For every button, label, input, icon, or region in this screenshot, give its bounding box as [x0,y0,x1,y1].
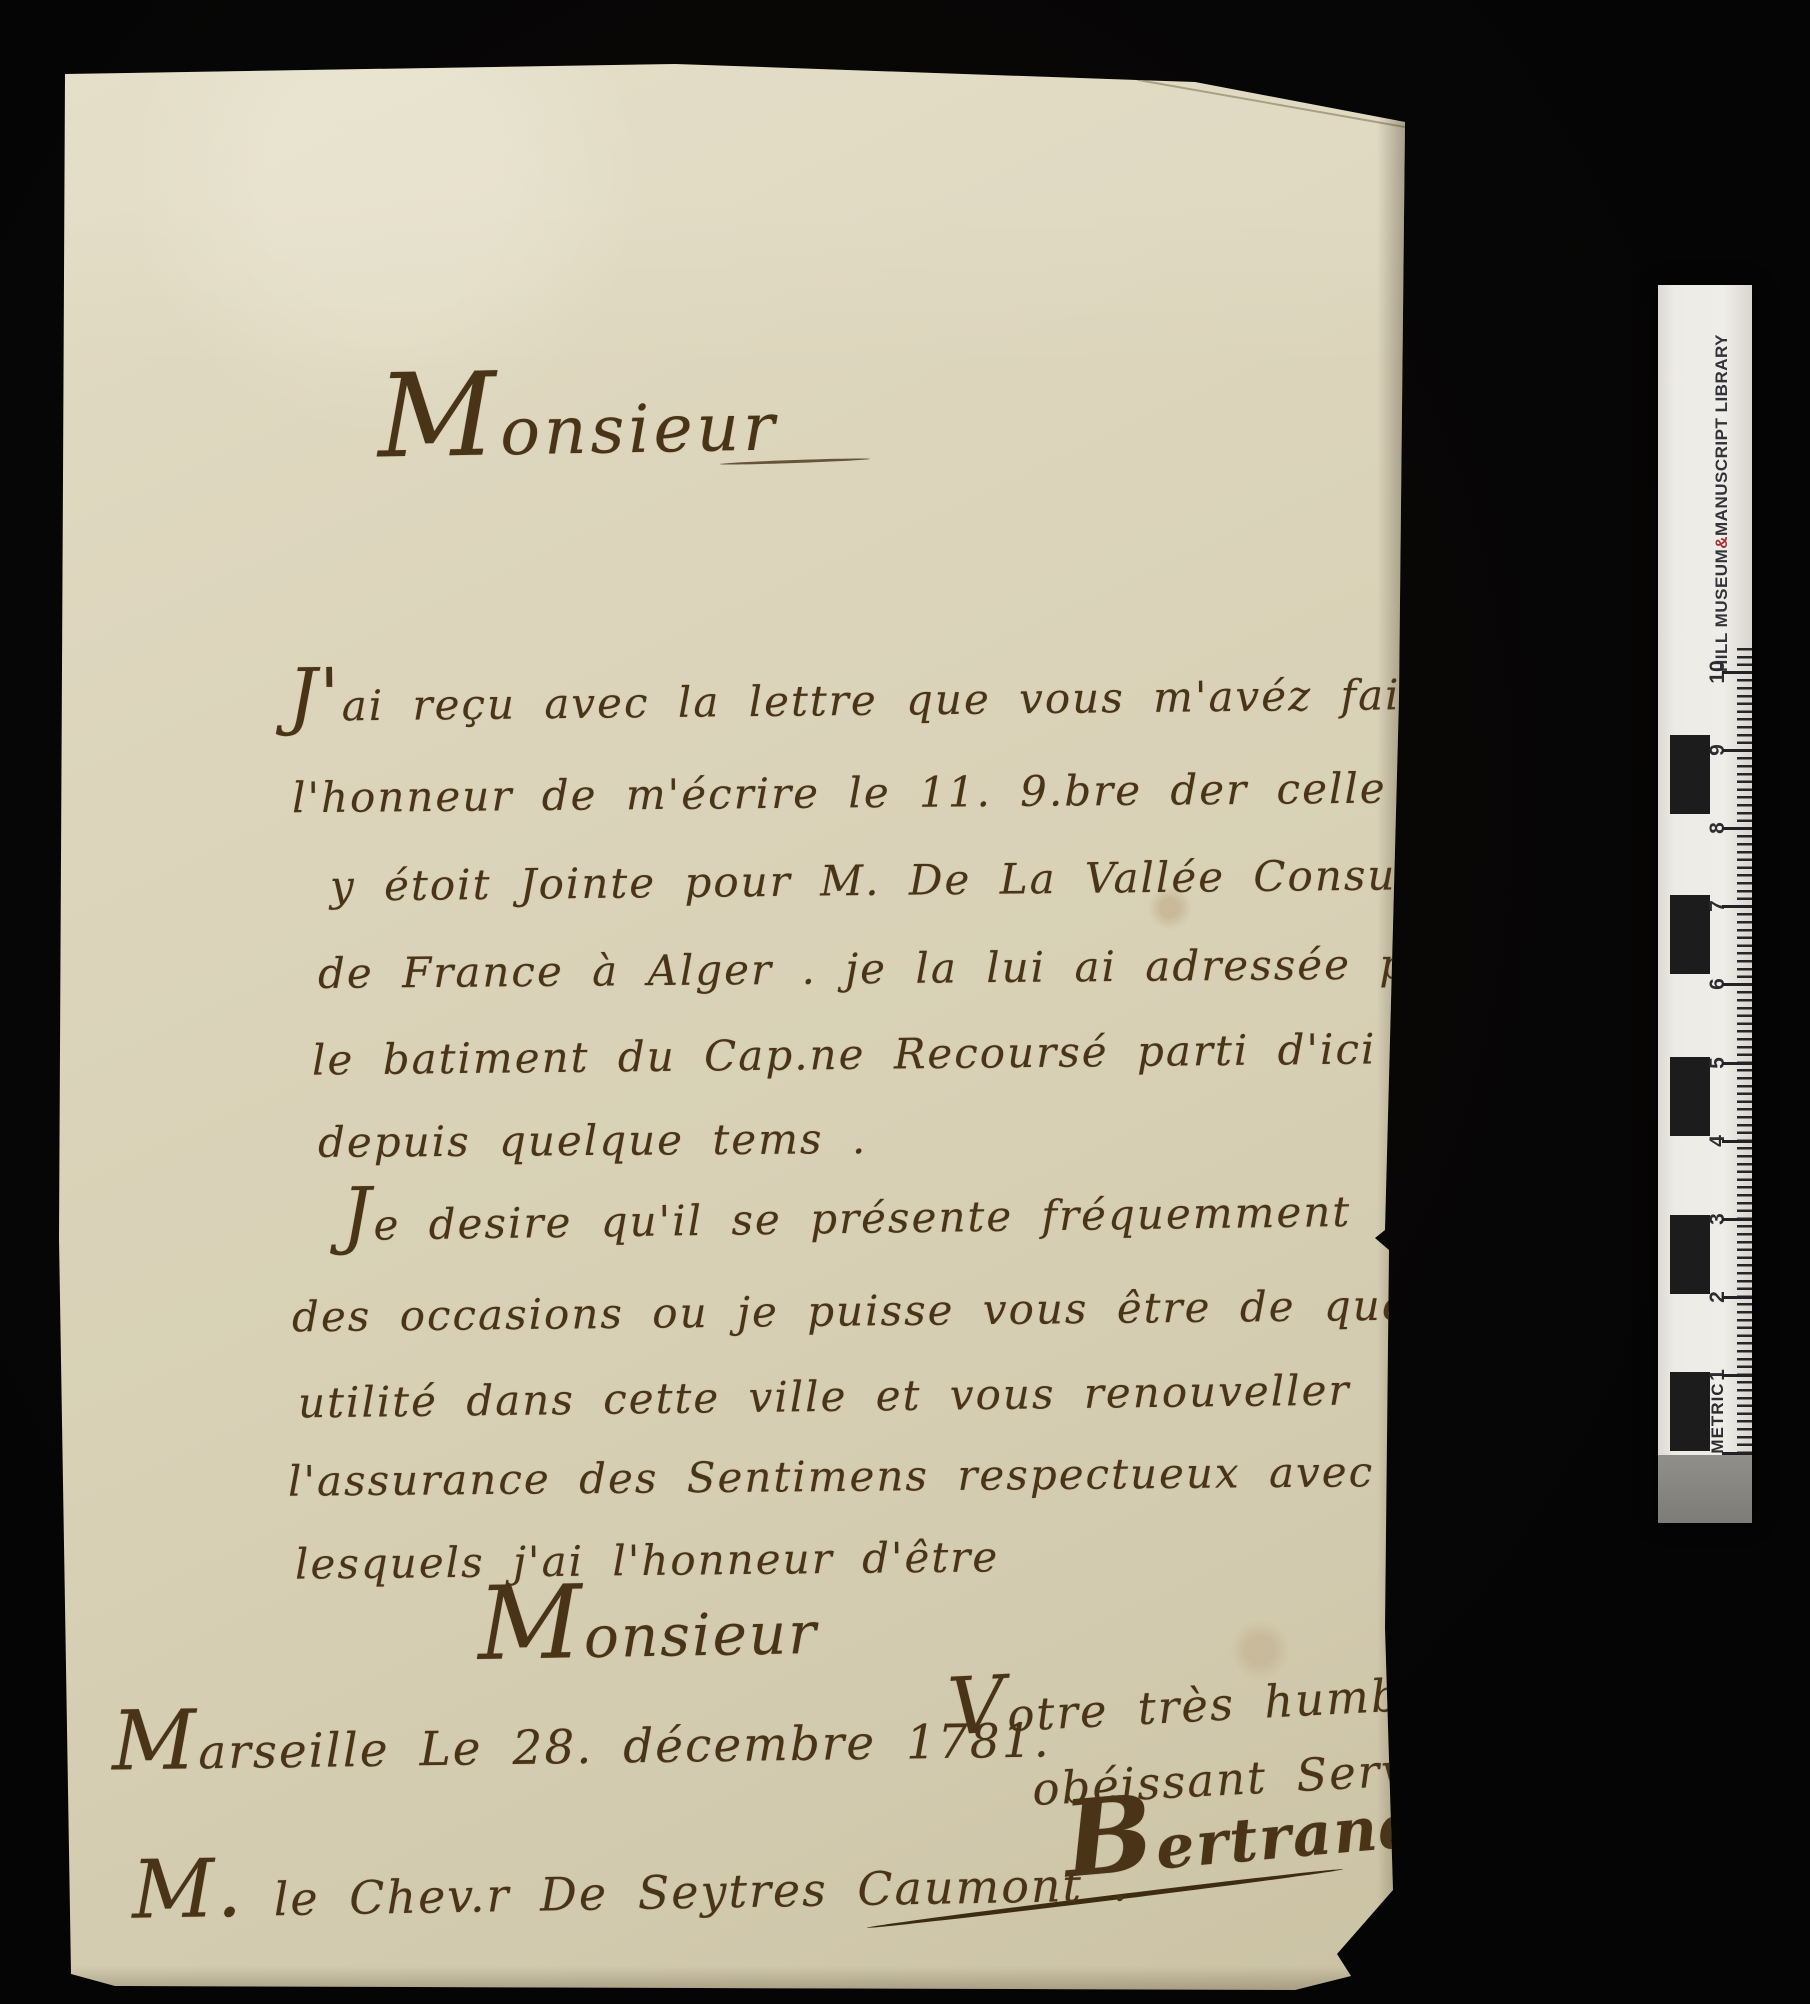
letter-line: depuis quelque tems . [318,1114,868,1167]
letter-line: J'ai reçu avec la lettre que vous m'avéz… [288,670,1420,731]
ruler-library-label: HILL MUSEUM&MANUSCRIPT LIBRARY [1712,334,1732,672]
letter-line: l'assurance des Sentimens respectueux av… [288,1447,1374,1505]
calibration-square [1670,1372,1710,1451]
letter-line: utilité dans cette ville et vous renouve… [298,1366,1351,1428]
addressee-line: M. le Chev.r De Seytres Caumont . [132,1857,1130,1928]
letter-line: de France à Alger . je la lui ai adressé… [318,939,1458,998]
letter-line: y étoit Jointe pour M. De La Vallée Cons… [330,850,1412,910]
ruler-label-part: MANUSCRIPT LIBRARY [1712,334,1731,536]
ruler-centimeter-tick [1722,1062,1752,1065]
valediction-line: Votre très humble & très [947,1656,1645,1745]
calibration-square [1670,895,1710,974]
paper-edge-shadow [1377,58,1407,1992]
dateline: Marseille Le 28. décembre 1781. [112,1713,1051,1781]
ruler-label-ampersand: & [1712,536,1731,549]
ruler-metric-label: METRIC [1708,1382,1728,1453]
letter-line: des occasions ou je puisse vous être de … [292,1280,1509,1342]
ruler-centimeter-tick [1722,671,1752,674]
ruler-centimeter-tick [1722,1140,1752,1143]
salutation: Monsieur [377,389,779,473]
ruler-centimeter-tick [1722,1452,1752,1455]
ruler-centimeter-tick [1722,827,1752,830]
catalog-stamp-number: 112 [1407,1804,1464,1849]
ruler-centimeter-tick [1722,1296,1752,1299]
catalog-stamp: 112 [1403,1790,1468,1863]
calibration-square [1670,1057,1710,1136]
photograph-stage: Monsieur J'ai reçu avec la lettre que vo… [0,0,1810,2004]
calibration-square [1670,735,1710,814]
letter-page: Monsieur J'ai reçu avec la lettre que vo… [55,58,1407,1992]
ruler-centimeter-tick [1722,905,1752,908]
letter-line: lesquels j'ai l'honneur d'être [295,1532,1000,1588]
ruler-centimeter-tick [1722,1218,1752,1221]
closing-salutation: Monsieur [477,1599,818,1673]
letter-line: Je desire qu'il se présente fréquemment [342,1187,1352,1250]
paper-edge-shadow [55,1966,1407,1992]
ruler-centimeter-tick [1722,1374,1752,1377]
ruler-centimeter-tick [1722,983,1752,986]
ruler-label-part: HILL MUSEUM [1712,549,1731,672]
ruler-millimeter-ticks [1737,648,1752,1456]
measurement-ruler: HILL MUSEUM&MANUSCRIPT LIBRARY METRIC 10… [1658,285,1752,1523]
ruler-centimeter-tick [1722,749,1752,752]
ruler-end-cap [1658,1455,1752,1523]
letter-line: l'honneur de m'écrire le 11. 9.bre der c… [292,763,1489,822]
calibration-square [1670,1215,1710,1294]
letter-line: le batiment du Cap.ne Recoursé parti d'i… [312,1024,1377,1084]
